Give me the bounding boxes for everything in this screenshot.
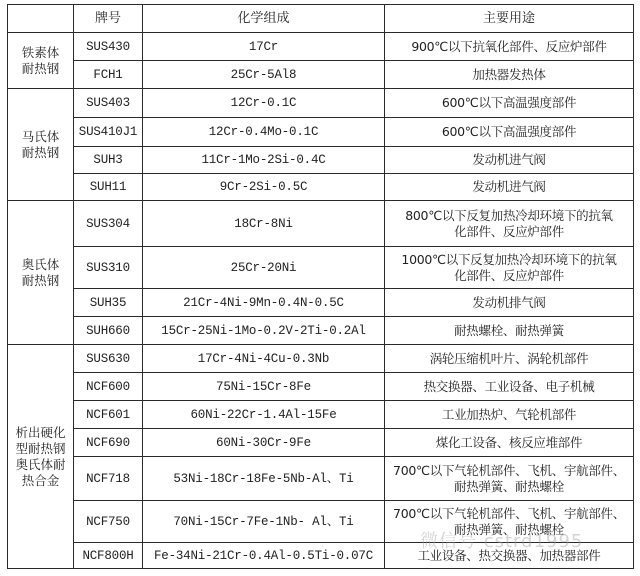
usage-cell: 600℃以下高温强度部件 <box>385 89 634 118</box>
category-line: 奥氏体耐 <box>10 457 71 473</box>
table-row: NCF690 60Ni-30Cr-9Fe 煤化工设备、核反应堆部件 <box>8 429 634 457</box>
category-line: 奥氏体 <box>10 257 71 273</box>
usage-cell: 发动机进气阀 <box>385 174 634 201</box>
composition-cell: 9Cr-2Si-0.5C <box>143 174 385 201</box>
usage-line: 700℃以下气轮机部件、飞机、宇航部件、 <box>387 463 631 479</box>
header-composition: 化学组成 <box>143 5 385 33</box>
grade-cell: SUS304 <box>74 201 143 247</box>
usage-cell: 耐热螺栓、耐热弹簧 <box>385 317 634 345</box>
table-row: SUH11 9Cr-2Si-0.5C 发动机进气阀 <box>8 174 634 201</box>
table-row: NCF750 70Ni-15Cr-7Fe-1Nb- Al、Ti 700℃以下气轮… <box>8 501 634 543</box>
table-row: SUH35 21Cr-4Ni-9Mn-0.4N-0.5C 发动机排气阀 <box>8 289 634 317</box>
category-cell-precipitation-hardening: 析出硬化 型耐热钢 奥氏体耐 热合金 <box>8 345 74 569</box>
usage-cell: 工业设备、热交换器、加热器部件 <box>385 543 634 569</box>
usage-cell: 工业加热炉、气轮机部件 <box>385 401 634 429</box>
category-line: 铁素体 <box>10 45 71 61</box>
usage-cell: 800℃以下反复加热冷却环境下的抗氧 化部件、反应炉部件 <box>385 201 634 247</box>
category-cell-austenitic: 奥氏体 耐热钢 <box>8 201 74 345</box>
composition-cell: 75Ni-15Cr-8Fe <box>143 373 385 401</box>
category-line: 析出硬化 <box>10 425 71 441</box>
grade-cell: SUH11 <box>74 174 143 201</box>
composition-cell: 15Cr-25Ni-1Mo-0.2V-2Ti-0.2Al <box>143 317 385 345</box>
grade-cell: SUS310 <box>74 247 143 289</box>
usage-line: 化部件、反应炉部件 <box>387 268 631 284</box>
table-row: 马氏体 耐热钢 SUS403 12Cr-0.1C 600℃以下高温强度部件 <box>8 89 634 118</box>
category-line: 热合金 <box>10 473 71 489</box>
table-row: NCF600 75Ni-15Cr-8Fe 热交换器、工业设备、电子机械 <box>8 373 634 401</box>
category-line: 型耐热钢 <box>10 441 71 457</box>
header-row: 牌号 化学组成 主要用途 <box>8 5 634 33</box>
usage-line: 1000℃以下反复加热冷却环境下的抗氧 <box>387 252 631 268</box>
usage-cell: 900℃以下抗氧化部件、反应炉部件 <box>385 33 634 61</box>
category-cell-martensitic: 马氏体 耐热钢 <box>8 89 74 201</box>
usage-cell: 700℃以下气轮机部件、飞机、宇航部件、 耐热弹簧、耐热螺栓 <box>385 501 634 543</box>
header-usage: 主要用途 <box>385 5 634 33</box>
composition-cell: 60Ni-22Cr-1.4Al-15Fe <box>143 401 385 429</box>
usage-line: 耐热弹簧、耐热螺栓 <box>387 522 631 538</box>
usage-cell: 热交换器、工业设备、电子机械 <box>385 373 634 401</box>
grade-cell: NCF690 <box>74 429 143 457</box>
composition-cell: 18Cr-8Ni <box>143 201 385 247</box>
usage-cell: 发动机排气阀 <box>385 289 634 317</box>
composition-cell: 25Cr-20Ni <box>143 247 385 289</box>
composition-cell: 12Cr-0.4Mo-0.1C <box>143 118 385 147</box>
usage-line: 化部件、反应炉部件 <box>387 224 631 240</box>
grade-cell: SUS403 <box>74 89 143 118</box>
usage-cell: 1000℃以下反复加热冷却环境下的抗氧 化部件、反应炉部件 <box>385 247 634 289</box>
category-line: 马氏体 <box>10 129 71 145</box>
grade-cell: NCF750 <box>74 501 143 543</box>
grade-cell: FCH1 <box>74 61 143 89</box>
composition-cell: 70Ni-15Cr-7Fe-1Nb- Al、Ti <box>143 501 385 543</box>
grade-cell: NCF601 <box>74 401 143 429</box>
heat-resistant-steel-table: 牌号 化学组成 主要用途 铁素体 耐热钢 SUS430 17Cr 900℃以下抗… <box>7 4 634 569</box>
usage-cell: 加热器发热体 <box>385 61 634 89</box>
grade-cell: SUH35 <box>74 289 143 317</box>
category-line: 耐热钢 <box>10 145 71 161</box>
table-row: 析出硬化 型耐热钢 奥氏体耐 热合金 SUS630 17Cr-4Ni-4Cu-0… <box>8 345 634 373</box>
header-grade: 牌号 <box>74 5 143 33</box>
composition-cell: 17Cr <box>143 33 385 61</box>
table-row: SUH660 15Cr-25Ni-1Mo-0.2V-2Ti-0.2Al 耐热螺栓… <box>8 317 634 345</box>
composition-cell: 21Cr-4Ni-9Mn-0.4N-0.5C <box>143 289 385 317</box>
composition-cell: Fe-34Ni-21Cr-0.4Al-0.5Ti-0.07C <box>143 543 385 569</box>
category-cell-ferritic: 铁素体 耐热钢 <box>8 33 74 89</box>
usage-cell: 涡轮压缩机叶片、涡轮机部件 <box>385 345 634 373</box>
table-row: SUS410J1 12Cr-0.4Mo-0.1C 600℃以下高温强度部件 <box>8 118 634 147</box>
category-line: 耐热钢 <box>10 273 71 289</box>
composition-cell: 11Cr-1Mo-2Si-0.4C <box>143 147 385 174</box>
grade-cell: NCF800H <box>74 543 143 569</box>
usage-cell: 发动机进气阀 <box>385 147 634 174</box>
table-row: NCF601 60Ni-22Cr-1.4Al-15Fe 工业加热炉、气轮机部件 <box>8 401 634 429</box>
category-line: 耐热钢 <box>10 61 71 77</box>
table-row: SUS310 25Cr-20Ni 1000℃以下反复加热冷却环境下的抗氧 化部件… <box>8 247 634 289</box>
grade-cell: SUS430 <box>74 33 143 61</box>
grade-cell: SUS630 <box>74 345 143 373</box>
usage-cell: 600℃以下高温强度部件 <box>385 118 634 147</box>
table-row: NCF718 53Ni-18Cr-18Fe-5Nb-Al、Ti 700℃以下气轮… <box>8 457 634 501</box>
usage-line: 700℃以下气轮机部件、飞机、宇航部件、 <box>387 506 631 522</box>
grade-cell: SUH660 <box>74 317 143 345</box>
composition-cell: 25Cr-5Al8 <box>143 61 385 89</box>
composition-cell: 12Cr-0.1C <box>143 89 385 118</box>
table-row: 奥氏体 耐热钢 SUS304 18Cr-8Ni 800℃以下反复加热冷却环境下的… <box>8 201 634 247</box>
table-row: SUH3 11Cr-1Mo-2Si-0.4C 发动机进气阀 <box>8 147 634 174</box>
table-row: NCF800H Fe-34Ni-21Cr-0.4Al-0.5Ti-0.07C 工… <box>8 543 634 569</box>
grade-cell: SUS410J1 <box>74 118 143 147</box>
composition-cell: 60Ni-30Cr-9Fe <box>143 429 385 457</box>
table-row: FCH1 25Cr-5Al8 加热器发热体 <box>8 61 634 89</box>
grade-cell: NCF600 <box>74 373 143 401</box>
composition-cell: 53Ni-18Cr-18Fe-5Nb-Al、Ti <box>143 457 385 501</box>
usage-line: 800℃以下反复加热冷却环境下的抗氧 <box>387 208 631 224</box>
table-row: 铁素体 耐热钢 SUS430 17Cr 900℃以下抗氧化部件、反应炉部件 <box>8 33 634 61</box>
usage-cell: 煤化工设备、核反应堆部件 <box>385 429 634 457</box>
composition-cell: 17Cr-4Ni-4Cu-0.3Nb <box>143 345 385 373</box>
usage-cell: 700℃以下气轮机部件、飞机、宇航部件、 耐热弹簧、耐热螺栓 <box>385 457 634 501</box>
usage-line: 耐热弹簧、耐热螺栓 <box>387 479 631 495</box>
grade-cell: NCF718 <box>74 457 143 501</box>
header-category <box>8 5 74 33</box>
grade-cell: SUH3 <box>74 147 143 174</box>
